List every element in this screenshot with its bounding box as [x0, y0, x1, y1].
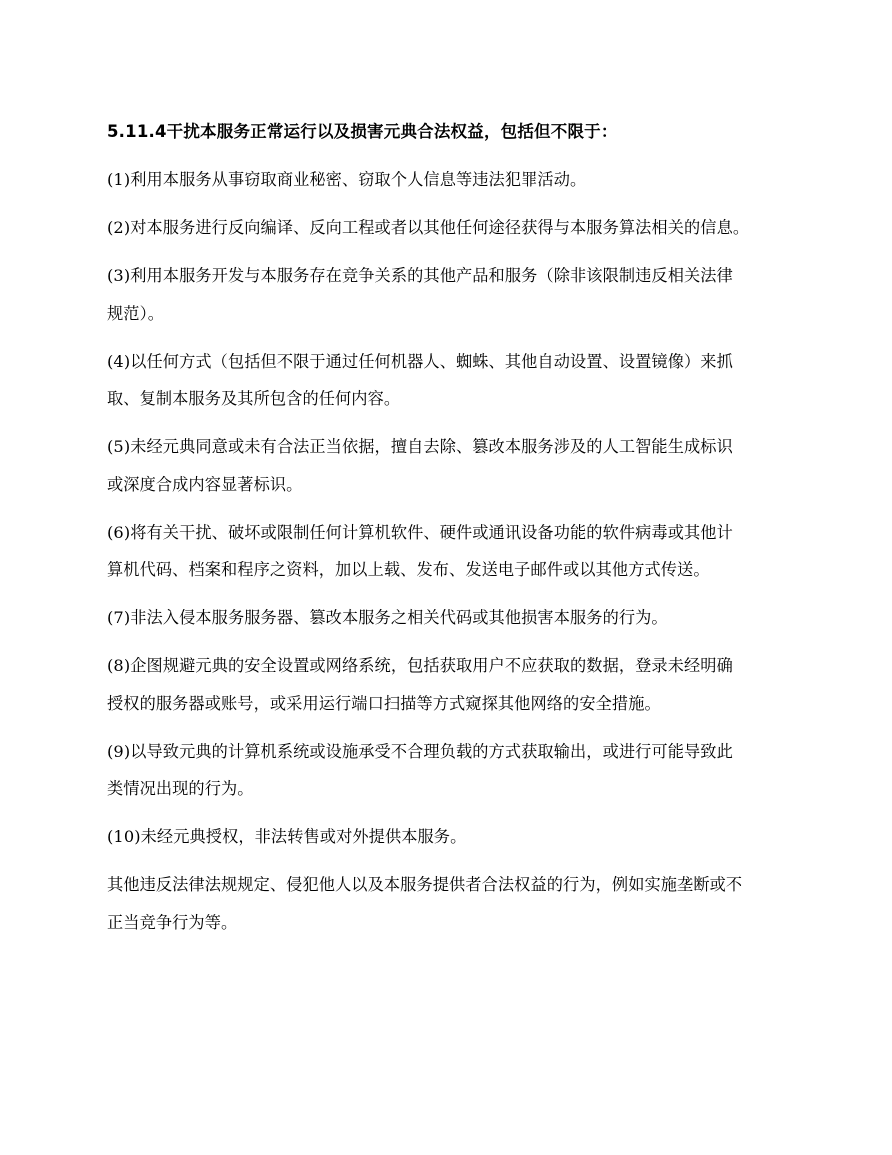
paragraph-line: 规范）。	[107, 295, 791, 333]
document-page: 5.11.4干扰本服务正常运行以及损害元典合法权益，包括但不限于： (1)利用本…	[107, 113, 791, 952]
list-item-7: (7)非法入侵本服务服务器、篡改本服务之相关代码或其他损害本服务的行为。	[107, 599, 791, 637]
paragraph-line: (8)企图规避元典的安全设置或网络系统，包括获取用户不应获取的数据，登录未经明确	[107, 647, 791, 685]
section-heading: 5.11.4干扰本服务正常运行以及损害元典合法权益，包括但不限于：	[107, 113, 791, 150]
list-item-5: (5)未经元典同意或未有合法正当依据，擅自去除、篡改本服务涉及的人工智能生成标识…	[107, 428, 791, 503]
list-item-1: (1)利用本服务从事窃取商业秘密、窃取个人信息等违法犯罪活动。	[107, 161, 791, 199]
paragraph-line: (9)以导致元典的计算机系统或设施承受不合理负载的方式获取输出，或进行可能导致此	[107, 733, 791, 771]
closing-paragraph: 其他违反法律法规规定、侵犯他人以及本服务提供者合法权益的行为，例如实施垄断或不 …	[107, 866, 791, 941]
list-item-4: (4)以任何方式（包括但不限于通过任何机器人、蜘蛛、其他自动设置、设置镜像）来抓…	[107, 343, 791, 418]
list-item-10: (10)未经元典授权，非法转售或对外提供本服务。	[107, 818, 791, 856]
list-item-9: (9)以导致元典的计算机系统或设施承受不合理负载的方式获取输出，或进行可能导致此…	[107, 733, 791, 808]
paragraph-line: 其他违反法律法规规定、侵犯他人以及本服务提供者合法权益的行为，例如实施垄断或不	[107, 866, 791, 904]
paragraph-line: (5)未经元典同意或未有合法正当依据，擅自去除、篡改本服务涉及的人工智能生成标识	[107, 428, 791, 466]
paragraph-line: (4)以任何方式（包括但不限于通过任何机器人、蜘蛛、其他自动设置、设置镜像）来抓	[107, 343, 791, 381]
paragraph-line: (7)非法入侵本服务服务器、篡改本服务之相关代码或其他损害本服务的行为。	[107, 599, 791, 637]
list-item-2: (2)对本服务进行反向编译、反向工程或者以其他任何途径获得与本服务算法相关的信息…	[107, 209, 791, 247]
paragraph-line: 授权的服务器或账号，或采用运行端口扫描等方式窥探其他网络的安全措施。	[107, 685, 791, 723]
paragraph-line: 类情况出现的行为。	[107, 770, 791, 808]
paragraph-line: (6)将有关干扰、破坏或限制任何计算机软件、硬件或通讯设备功能的软件病毒或其他计	[107, 514, 791, 552]
paragraph-line: (3)利用本服务开发与本服务存在竞争关系的其他产品和服务（除非该限制违反相关法律	[107, 257, 791, 295]
list-item-8: (8)企图规避元典的安全设置或网络系统，包括获取用户不应获取的数据，登录未经明确…	[107, 647, 791, 722]
paragraph-line: (10)未经元典授权，非法转售或对外提供本服务。	[107, 818, 791, 856]
list-item-3: (3)利用本服务开发与本服务存在竞争关系的其他产品和服务（除非该限制违反相关法律…	[107, 257, 791, 332]
list-item-6: (6)将有关干扰、破坏或限制任何计算机软件、硬件或通讯设备功能的软件病毒或其他计…	[107, 514, 791, 589]
paragraph-line: (1)利用本服务从事窃取商业秘密、窃取个人信息等违法犯罪活动。	[107, 161, 791, 199]
paragraph-line: 正当竞争行为等。	[107, 904, 791, 942]
paragraph-line: 或深度合成内容显著标识。	[107, 466, 791, 504]
paragraph-line: 取、复制本服务及其所包含的任何内容。	[107, 380, 791, 418]
paragraph-line: 算机代码、档案和程序之资料，加以上载、发布、发送电子邮件或以其他方式传送。	[107, 551, 791, 589]
paragraph-line: (2)对本服务进行反向编译、反向工程或者以其他任何途径获得与本服务算法相关的信息…	[107, 209, 791, 247]
